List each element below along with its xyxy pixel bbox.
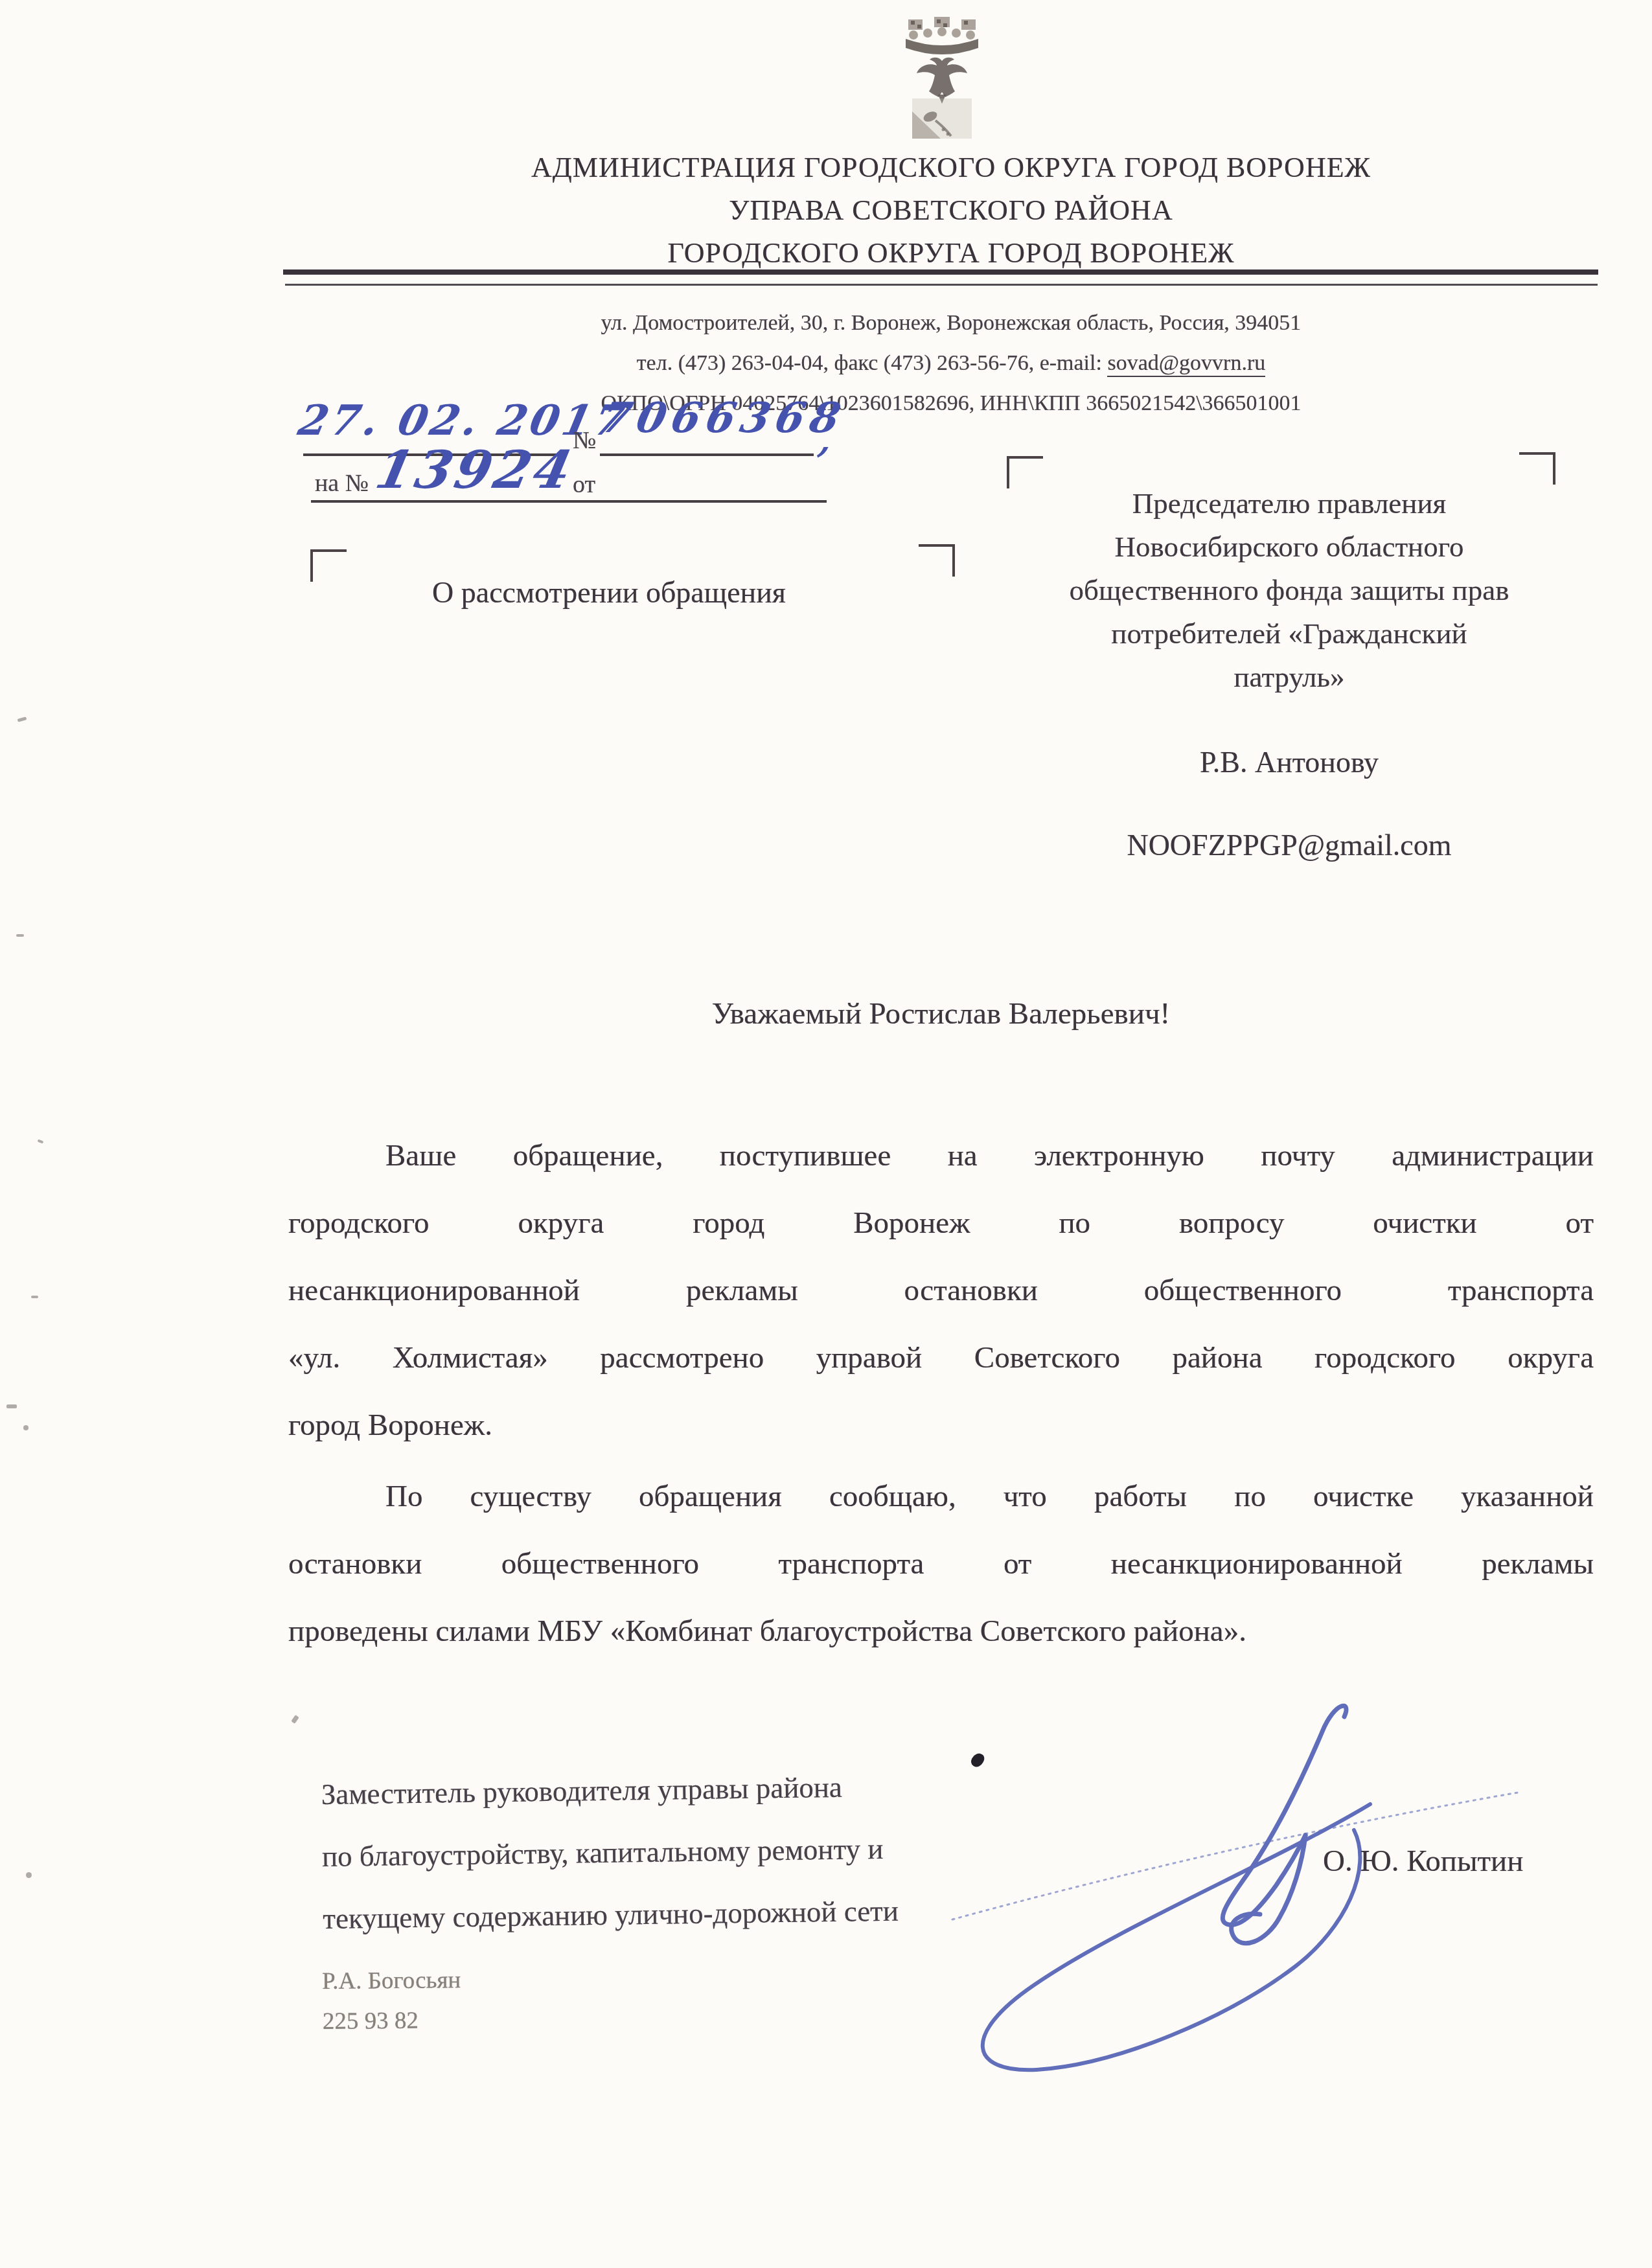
executor-name: Р.А. Богосьян	[322, 1960, 461, 2002]
body-line: город Воронеж.	[288, 1392, 1594, 1459]
header-rule-thick	[283, 269, 1598, 275]
contact-line: тел. (473) 263-04-04, факс (473) 263-56-…	[287, 343, 1615, 384]
body-paragraph-2: По существу обращения сообщаю, что работ…	[288, 1463, 1594, 1665]
handwritten-signature	[923, 1694, 1545, 2076]
org-name-line-1: АДМИНИСТРАЦИЯ ГОРОДСКОГО ОКРУГА ГОРОД ВО…	[287, 146, 1615, 189]
executor-phone: 225 93 82	[323, 2000, 462, 2042]
body-paragraph-1: Ваше обращение, поступившее на электронн…	[288, 1122, 1594, 1459]
recipient-line: патруль»	[985, 656, 1594, 699]
contact-prefix: тел. (473) 263-04-04, факс (473) 263-56-…	[637, 351, 1108, 375]
org-email: sovad@govvrn.ru	[1107, 351, 1265, 377]
reply-number-label: на №	[315, 469, 369, 498]
recipient-name: Р.В. Антонову	[985, 745, 1594, 779]
scan-speck	[16, 934, 24, 937]
scan-speck	[291, 1715, 299, 1724]
executor-block: Р.А. Богосьян 225 93 82	[322, 1960, 461, 2042]
scan-speck	[23, 1425, 29, 1430]
recipient-email: NOOFZPPGP@gmail.com	[985, 828, 1594, 862]
from-label: от	[573, 470, 595, 499]
body-line: проведены силами МБУ «Комбинат благоустр…	[288, 1598, 1594, 1665]
scan-speck	[26, 1872, 32, 1878]
recipient-line: Новосибирского областного	[985, 525, 1594, 569]
scan-speck	[6, 1404, 17, 1408]
body-line: несанкционированной рекламы остановки об…	[288, 1257, 1594, 1324]
scan-speck	[31, 1296, 38, 1298]
body-line: По существу обращения сообщаю, что работ…	[288, 1463, 1594, 1530]
subject-corner-right-icon	[919, 544, 955, 577]
scan-speck	[17, 716, 27, 722]
handwritten-reply-number: 13924	[371, 439, 580, 500]
recipient-block: Председателю правления Новосибирского об…	[985, 482, 1594, 699]
body-line: городского округа город Воронеж по вопро…	[288, 1189, 1594, 1257]
recipient-line: общественного фонда защиты прав	[985, 569, 1594, 612]
body-line: остановки общественного транспорта от не…	[288, 1530, 1594, 1598]
number-underline	[600, 453, 814, 456]
org-name-line-3: ГОРОДСКОГО ОКРУГА ГОРОД ВОРОНЕЖ	[287, 232, 1615, 275]
letterhead-org-name: АДМИНИСТРАЦИЯ ГОРОДСКОГО ОКРУГА ГОРОД ВО…	[287, 146, 1615, 275]
header-rule-thin	[285, 284, 1598, 286]
address-line: ул. Домостроителей, 30, г. Воронеж, Воро…	[287, 303, 1615, 343]
reference-underline	[311, 500, 827, 503]
body-line: «ул. Холмистая» рассмотрено управой Сове…	[288, 1324, 1594, 1392]
body-line: Ваше обращение, поступившее на электронн…	[288, 1122, 1594, 1189]
subject-line: О рассмотрении обращения	[337, 575, 881, 610]
org-name-line-2: УПРАВА СОВЕТСКОГО РАЙОНА	[287, 189, 1615, 232]
handwritten-outgoing-number: 7066368	[597, 394, 851, 442]
voronezh-coat-of-arms-icon	[904, 16, 980, 143]
recipient-line: Председателю правления	[985, 482, 1594, 525]
salutation: Уважаемый Ростислав Валерьевич!	[288, 996, 1594, 1031]
scanned-letter-page: АДМИНИСТРАЦИЯ ГОРОДСКОГО ОКРУГА ГОРОД ВО…	[0, 0, 1652, 2268]
signer-name: О. Ю. Копытин	[1323, 1844, 1523, 1879]
recipient-corner-right-icon	[1519, 452, 1555, 485]
scan-speck	[38, 1140, 44, 1144]
recipient-line: потребителей «Гражданский	[985, 612, 1594, 656]
